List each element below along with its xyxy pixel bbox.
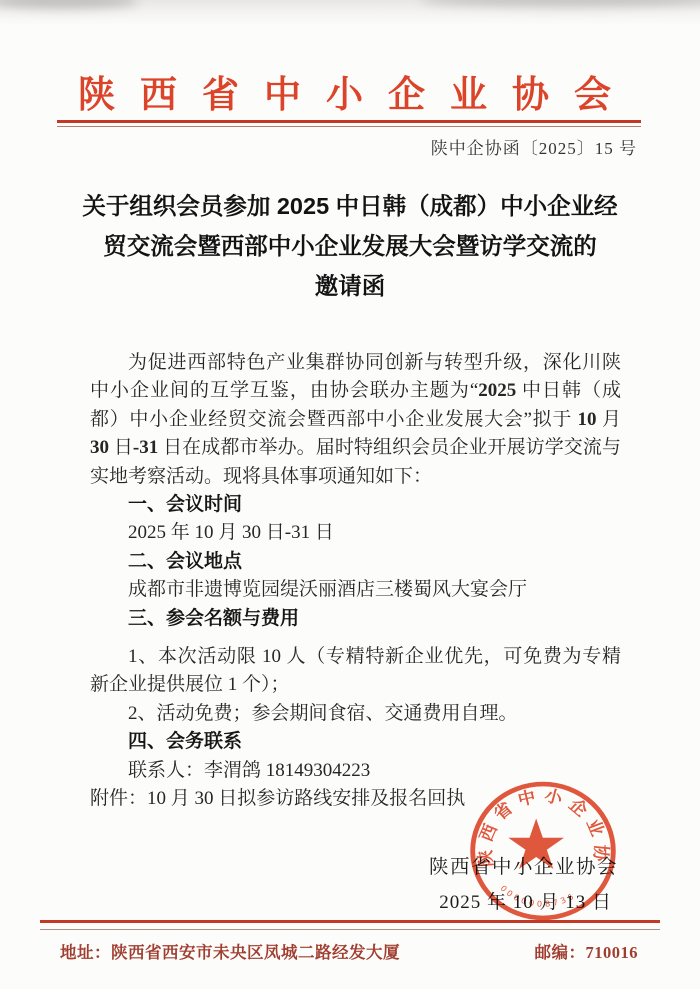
letterhead-org-name: 陕西省中小企业协会 [0, 64, 700, 118]
footer-rule-thick [40, 920, 660, 923]
seal-code: 0000008736 [498, 883, 577, 909]
seal-code-holder: 0000008736 [498, 883, 577, 909]
intro-year-bold: 2025 [478, 380, 516, 401]
section-4-heading: 四、会务联系 [90, 728, 621, 756]
letter-body: 为促进西部特色产业集群协同创新与转型升级，深化川陕中小企业间的互学互鉴，由协会联… [90, 349, 621, 814]
section-3-item-1: 1、本次活动限 10 人（专精特新企业优先，可免费为专精新企业提供展位 1 个）… [90, 643, 621, 700]
intro-day-bold-2: 30 [90, 437, 109, 458]
seal-star-icon [508, 818, 564, 868]
intro-seg-5: 日在成都市举办。届时特组织会员企业开展访学交流与实地考察活动。现将具体事项通知如… [90, 437, 621, 486]
footer-postcode: 邮编：710016 [535, 939, 639, 963]
document-title-line-2: 贸交流会暨西部中小企业发展大会暨访学交流的 [0, 226, 700, 266]
scanned-letter-page: 陕西省中小企业协会 陕中企协函〔2025〕15 号 关于组织会员参加 2025 … [0, 0, 700, 989]
section-1-heading: 一、会议时间 [90, 491, 621, 519]
section-2-content: 成都市非遗博览园缇沃丽酒店三楼蜀风大宴会厅 [90, 576, 621, 604]
document-title: 关于组织会员参加 2025 中日韩（成都）中小企业经 贸交流会暨西部中小企业发展… [0, 186, 700, 306]
footer: 地址：陕西省西安市未央区凤城二路经发大厦 邮编：710016 [60, 939, 638, 963]
intro-seg-4: 日 [109, 437, 133, 458]
section-3-heading: 三、参会名额与费用 [90, 605, 621, 633]
intro-paragraph: 为促进西部特色产业集群协同创新与转型升级，深化川陕中小企业间的互学互鉴，由协会联… [90, 349, 621, 491]
section-2-heading: 二、会议地点 [90, 548, 621, 576]
intro-day-bold-3: -31 [133, 437, 158, 458]
footer-address: 地址：陕西省西安市未央区凤城二路经发大厦 [60, 939, 400, 963]
document-title-line-3: 邀请函 [0, 266, 700, 306]
section-1-content: 2025 年 10 月 30 日-31 日 [90, 519, 621, 547]
intro-seg-3: 月 [597, 409, 621, 430]
intro-day-bold-1: 10 [578, 409, 597, 430]
footer-rule-thin [40, 929, 660, 930]
section-3-item-2: 2、活动免费；参会期间食宿、交通费用自理。 [90, 700, 621, 728]
document-title-line-1: 关于组织会员参加 2025 中日韩（成都）中小企业经 [0, 186, 700, 226]
letterhead-rule-thin [57, 126, 641, 127]
official-red-seal: 陕西省中小企业协会 0000008736 [460, 772, 626, 930]
document-number: 陕中企协函〔2025〕15 号 [431, 134, 637, 159]
letterhead-rule-thick [57, 120, 641, 123]
